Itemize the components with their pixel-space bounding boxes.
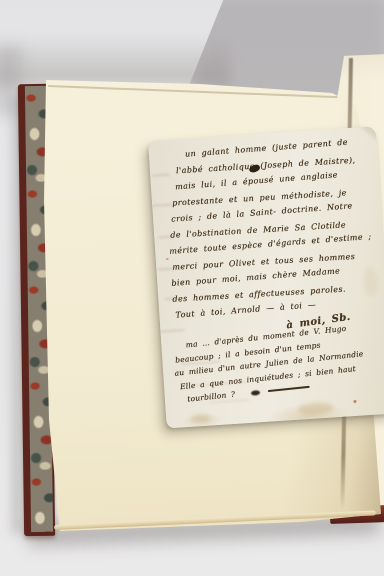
postscript-last-words: tourbillon ? [187,390,236,404]
stain [298,401,335,415]
photo-of-open-book: un galant homme (juste parent de l'abbé … [0,0,384,576]
manuscript-sheet: un galant homme (juste parent de l'abbé … [148,126,384,428]
flourish-dash [268,386,310,392]
ink-smudge [251,389,260,395]
stain [190,414,210,423]
red-speck [353,400,356,403]
letter-body: un galant homme (juste parent de l'abbé … [148,126,384,342]
